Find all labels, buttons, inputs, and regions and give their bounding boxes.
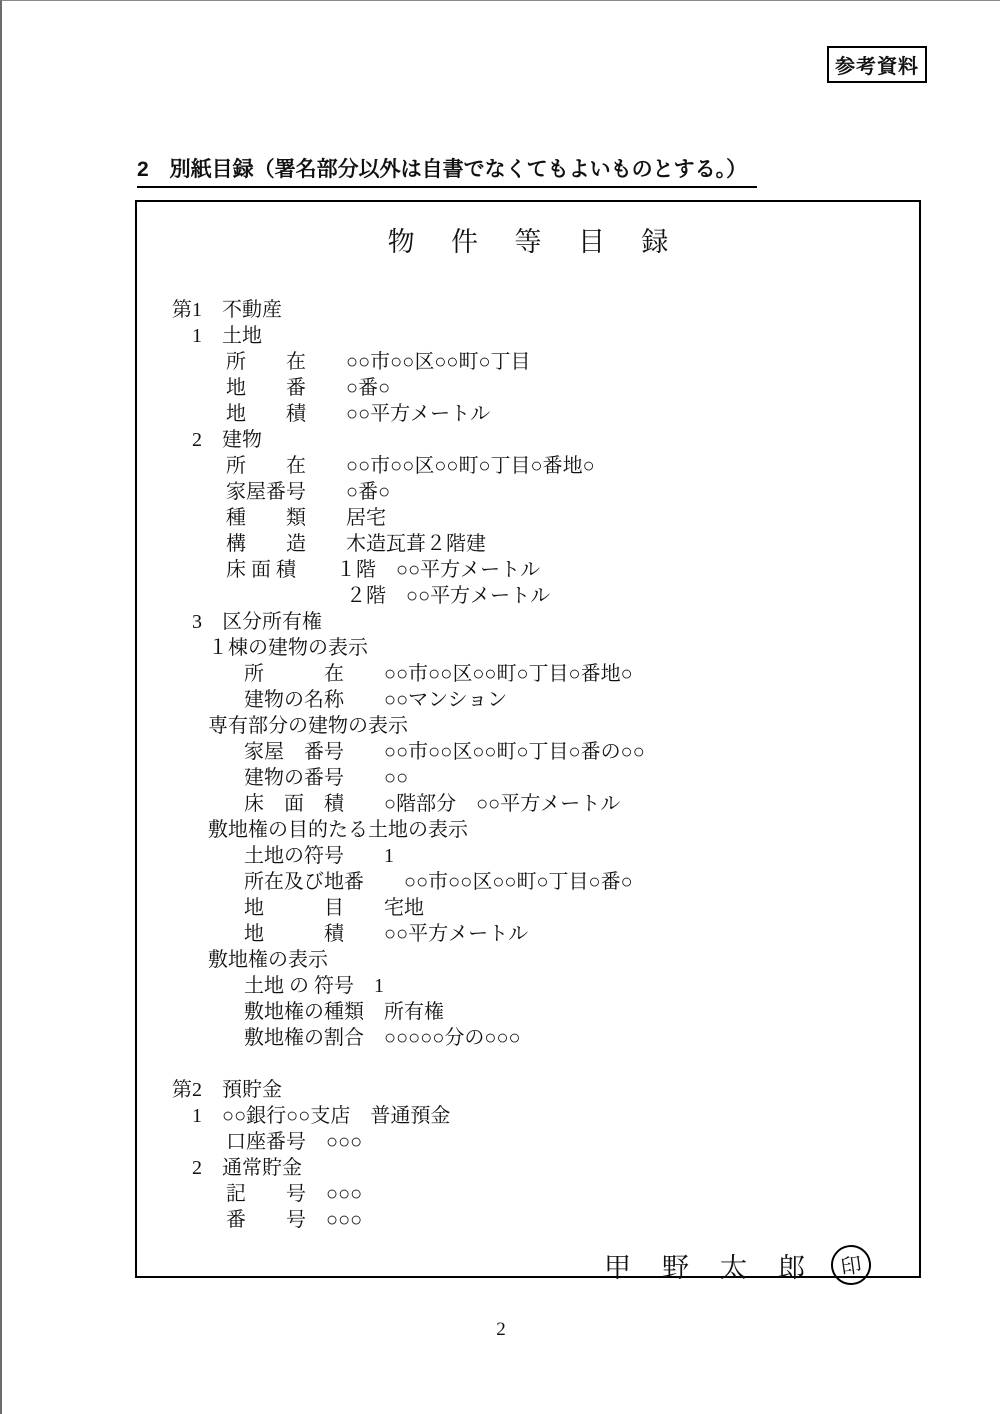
- document-line: 1 土地: [137, 323, 919, 349]
- document-line: 土地の符号 1: [137, 843, 919, 869]
- reference-material-tag: 参考資料: [827, 46, 927, 83]
- document-line: 地 積 ○○平方メートル: [137, 921, 919, 947]
- document-line: 記 号 ○○○: [137, 1181, 919, 1207]
- document-title: 物 件 等 目 録: [137, 220, 919, 259]
- document-line: 構 造 木造瓦葺２階建: [137, 531, 919, 557]
- document-line: 敷地権の目的たる土地の表示: [137, 817, 919, 843]
- signature-row: 甲 野 太 郎 印: [604, 1245, 919, 1285]
- document-line: 建物の名称 ○○マンション: [137, 687, 919, 713]
- document-line: 1 ○○銀行○○支店 普通預金: [137, 1103, 919, 1129]
- seal-label: 印: [839, 1249, 864, 1282]
- document-line: 所 在 ○○市○○区○○町○丁目○番地○: [137, 453, 919, 479]
- document-line: 床 面 積 １階 ○○平方メートル: [137, 557, 919, 583]
- seal-icon: 印: [828, 1242, 873, 1287]
- document-line: 第2 預貯金: [137, 1077, 919, 1103]
- document-line: 口座番号 ○○○: [137, 1129, 919, 1155]
- document-line: 家屋番号 ○番○: [137, 479, 919, 505]
- document-line: 種 類 居宅: [137, 505, 919, 531]
- document-line: 床 面 積 ○階部分 ○○平方メートル: [137, 791, 919, 817]
- section-heading: 2 別紙目録（署名部分以外は自書でなくてもよいものとする。）: [137, 153, 757, 188]
- document-line: 所 在 ○○市○○区○○町○丁目: [137, 349, 919, 375]
- document-line: 地 番 ○番○: [137, 375, 919, 401]
- document-line: [137, 1051, 919, 1077]
- page-number: 2: [2, 1319, 1000, 1341]
- document-line: 2 建物: [137, 427, 919, 453]
- document-line: 2 通常貯金: [137, 1155, 919, 1181]
- document-line: 専有部分の建物の表示: [137, 713, 919, 739]
- document-line: 所在及び地番 ○○市○○区○○町○丁目○番○: [137, 869, 919, 895]
- document-line: 地 目 宅地: [137, 895, 919, 921]
- document-line: 敷地権の割合 ○○○○○分の○○○: [137, 1025, 919, 1051]
- document-line: 番 号 ○○○: [137, 1207, 919, 1233]
- document-line: ２階 ○○平方メートル: [137, 583, 919, 609]
- document-line: 3 区分所有権: [137, 609, 919, 635]
- document-line: 地 積 ○○平方メートル: [137, 401, 919, 427]
- signature-name: 甲 野 太 郎: [604, 1246, 807, 1285]
- document-line: 敷地権の表示: [137, 947, 919, 973]
- document-box: 物 件 等 目 録 第1 不動産1 土地所 在 ○○市○○区○○町○丁目地 番 …: [135, 200, 921, 1278]
- document-line: １棟の建物の表示: [137, 635, 919, 661]
- document-line: 建物の番号 ○○: [137, 765, 919, 791]
- document-line: 所 在 ○○市○○区○○町○丁目○番地○: [137, 661, 919, 687]
- page: 参考資料 2 別紙目録（署名部分以外は自書でなくてもよいものとする。） 物 件 …: [0, 0, 1000, 1414]
- document-line: 第1 不動産: [137, 297, 919, 323]
- document-line: 土地 の 符号 1: [137, 973, 919, 999]
- document-line: 敷地権の種類 所有権: [137, 999, 919, 1025]
- document-line: 家屋 番号 ○○市○○区○○町○丁目○番の○○: [137, 739, 919, 765]
- document-body: 第1 不動産1 土地所 在 ○○市○○区○○町○丁目地 番 ○番○地 積 ○○平…: [137, 297, 919, 1233]
